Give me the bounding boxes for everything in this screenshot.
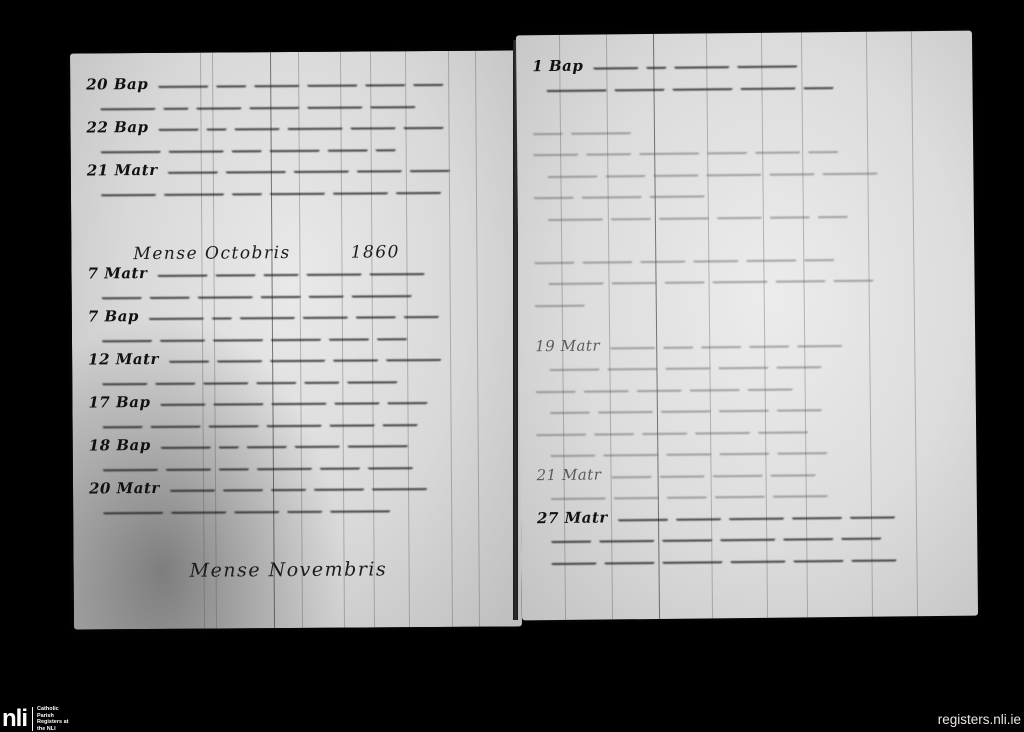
register-entry-line bbox=[87, 137, 509, 161]
illegible-handwriting bbox=[720, 535, 775, 542]
month-heading-october: Mense Octobris1860 bbox=[87, 222, 509, 265]
illegible-handwriting bbox=[719, 406, 769, 413]
illegible-handwriting bbox=[270, 145, 320, 151]
illegible-handwriting bbox=[593, 63, 638, 69]
illegible-handwriting bbox=[304, 377, 339, 383]
illegible-handwriting bbox=[729, 513, 784, 520]
illegible-handwriting bbox=[833, 276, 873, 282]
illegible-handwriting bbox=[797, 341, 842, 347]
illegible-handwriting bbox=[209, 421, 259, 427]
year-label: 1860 bbox=[351, 242, 400, 262]
illegible-handwriting bbox=[223, 485, 263, 491]
illegible-handwriting bbox=[333, 188, 388, 194]
illegible-handwriting bbox=[611, 214, 651, 220]
illegible-handwriting bbox=[614, 493, 659, 499]
illegible-handwriting bbox=[749, 341, 789, 347]
illegible-handwriting bbox=[549, 365, 599, 372]
illegible-handwriting bbox=[206, 124, 226, 130]
illegible-handwriting bbox=[740, 83, 795, 90]
entry-date-and-type: 21 Matr bbox=[536, 465, 601, 484]
illegible-handwriting bbox=[196, 103, 241, 109]
illegible-handwriting bbox=[755, 147, 800, 153]
illegible-handwriting bbox=[295, 442, 340, 448]
illegible-handwriting bbox=[386, 355, 441, 361]
illegible-handwriting bbox=[368, 463, 413, 469]
illegible-handwriting bbox=[551, 537, 591, 543]
illegible-handwriting bbox=[328, 145, 368, 151]
illegible-handwriting bbox=[294, 167, 349, 173]
illegible-handwriting bbox=[551, 493, 606, 500]
register-entry-line: 7 Bap bbox=[88, 305, 510, 329]
illegible-handwriting bbox=[267, 420, 322, 426]
illegible-handwriting bbox=[158, 125, 198, 131]
illegible-handwriting bbox=[101, 146, 161, 152]
illegible-handwriting bbox=[102, 379, 147, 385]
entry-date-and-type: 20 Matr bbox=[89, 479, 160, 497]
illegible-handwriting bbox=[352, 291, 412, 297]
illegible-handwriting bbox=[158, 82, 208, 88]
illegible-handwriting bbox=[151, 421, 201, 427]
illegible-handwriting bbox=[100, 103, 155, 109]
entry-date-and-type: 21 Matr bbox=[87, 161, 158, 179]
registers-url-link[interactable]: registers.nli.ie bbox=[938, 712, 1021, 727]
illegible-handwriting bbox=[370, 102, 415, 108]
illegible-handwriting bbox=[549, 279, 604, 286]
illegible-handwriting bbox=[365, 80, 405, 86]
illegible-handwriting bbox=[646, 63, 666, 69]
illegible-handwriting bbox=[103, 507, 163, 513]
illegible-handwriting bbox=[773, 491, 828, 498]
illegible-handwriting bbox=[818, 211, 848, 217]
illegible-handwriting bbox=[604, 557, 654, 564]
illegible-handwriting bbox=[758, 427, 808, 434]
illegible-handwriting bbox=[287, 506, 322, 512]
illegible-handwriting bbox=[270, 356, 325, 362]
illegible-handwriting bbox=[170, 486, 215, 492]
illegible-handwriting bbox=[662, 535, 712, 542]
illegible-handwriting bbox=[334, 398, 379, 404]
illegible-handwriting bbox=[155, 378, 195, 384]
left-page-entries: 20 Bap22 Bap21 MatrMense Octobris18607 M… bbox=[70, 50, 522, 629]
illegible-handwriting bbox=[348, 441, 408, 447]
illegible-handwriting bbox=[164, 189, 224, 195]
illegible-handwriting bbox=[571, 128, 631, 135]
illegible-handwriting bbox=[347, 377, 397, 383]
illegible-handwriting bbox=[160, 400, 205, 406]
illegible-handwriting bbox=[271, 485, 306, 491]
illegible-handwriting bbox=[551, 558, 596, 564]
illegible-handwriting bbox=[547, 171, 597, 178]
illegible-handwriting bbox=[610, 342, 655, 348]
illegible-handwriting bbox=[663, 342, 693, 348]
illegible-handwriting bbox=[822, 168, 877, 175]
entry-date-and-type: 27 Matr bbox=[537, 508, 608, 527]
illegible-handwriting bbox=[640, 256, 685, 262]
illegible-handwriting bbox=[149, 314, 204, 320]
register-entry-line bbox=[537, 547, 967, 573]
entry-date-and-type: 12 Matr bbox=[88, 350, 159, 368]
illegible-handwriting bbox=[748, 384, 793, 390]
illegible-handwriting bbox=[546, 85, 606, 92]
illegible-handwriting bbox=[333, 355, 378, 361]
register-entry-line: 17 Bap bbox=[88, 391, 510, 415]
illegible-handwriting bbox=[582, 192, 642, 199]
illegible-handwriting bbox=[168, 168, 218, 174]
illegible-handwriting bbox=[594, 429, 634, 435]
nli-logo-text: Catholic Parish Registers at the NLI bbox=[37, 706, 71, 732]
register-image-viewer: 20 Bap22 Bap21 MatrMense Octobris18607 M… bbox=[0, 0, 1024, 732]
month-heading-november: Mense Novembris bbox=[89, 520, 511, 583]
entry-date-and-type: 7 Bap bbox=[88, 307, 139, 325]
illegible-handwriting bbox=[171, 507, 226, 513]
illegible-handwriting bbox=[611, 472, 651, 478]
register-entry-line: 20 Bap bbox=[86, 73, 508, 97]
illegible-handwriting bbox=[306, 270, 361, 276]
illegible-handwriting bbox=[103, 464, 158, 470]
illegible-handwriting bbox=[232, 189, 262, 195]
entry-date-and-type: 22 Bap bbox=[86, 118, 148, 136]
illegible-handwriting bbox=[672, 84, 732, 91]
illegible-handwriting bbox=[550, 451, 595, 457]
illegible-handwriting bbox=[777, 405, 822, 411]
illegible-handwriting bbox=[350, 123, 395, 129]
illegible-handwriting bbox=[775, 276, 825, 283]
illegible-handwriting bbox=[256, 377, 296, 383]
illegible-handwriting bbox=[234, 507, 279, 513]
register-entry-line: 12 Matr bbox=[88, 348, 510, 372]
illegible-handwriting bbox=[783, 534, 833, 541]
illegible-handwriting bbox=[357, 166, 402, 172]
illegible-handwriting bbox=[536, 386, 576, 392]
illegible-handwriting bbox=[662, 557, 722, 564]
entry-date-and-type: 7 Matr bbox=[87, 264, 147, 282]
entry-date-and-type: 18 Bap bbox=[89, 436, 151, 454]
illegible-handwriting bbox=[695, 427, 750, 434]
register-entry-line bbox=[88, 369, 510, 393]
illegible-handwriting bbox=[404, 312, 439, 318]
illegible-handwriting bbox=[307, 81, 357, 87]
illegible-handwriting bbox=[737, 61, 797, 68]
illegible-handwriting bbox=[650, 191, 705, 198]
entry-date-and-type: 1 Bap bbox=[532, 57, 583, 76]
illegible-handwriting bbox=[605, 171, 645, 177]
illegible-handwriting bbox=[712, 470, 762, 477]
register-page-right: 1 Bap19 Matr21 Matr27 Matr bbox=[516, 31, 978, 621]
illegible-handwriting bbox=[219, 464, 249, 470]
illegible-handwriting bbox=[533, 150, 578, 156]
register-entry-line: 22 Bap bbox=[86, 116, 508, 140]
entry-date-and-type: 19 Matr bbox=[535, 336, 600, 355]
register-entry-line bbox=[87, 180, 509, 204]
illegible-handwriting bbox=[770, 212, 810, 218]
illegible-handwriting bbox=[372, 484, 427, 490]
illegible-handwriting bbox=[101, 189, 156, 195]
register-entry-line bbox=[89, 455, 511, 479]
illegible-handwriting bbox=[169, 357, 209, 363]
illegible-handwriting bbox=[850, 512, 895, 518]
register-entry-line bbox=[88, 326, 510, 350]
illegible-handwriting bbox=[793, 556, 843, 563]
illegible-handwriting bbox=[706, 169, 761, 176]
illegible-handwriting bbox=[611, 278, 656, 284]
illegible-handwriting bbox=[808, 147, 838, 153]
illegible-handwriting bbox=[841, 534, 881, 540]
illegible-handwriting bbox=[639, 148, 699, 155]
illegible-handwriting bbox=[303, 313, 348, 319]
illegible-handwriting bbox=[701, 342, 741, 348]
illegible-handwriting bbox=[637, 385, 682, 391]
illegible-handwriting bbox=[586, 149, 631, 155]
illegible-handwriting bbox=[770, 470, 815, 476]
illegible-handwriting bbox=[219, 442, 239, 448]
illegible-handwriting bbox=[161, 443, 211, 449]
illegible-handwriting bbox=[234, 124, 279, 130]
illegible-handwriting bbox=[851, 555, 896, 561]
illegible-handwriting bbox=[693, 256, 738, 262]
illegible-handwriting bbox=[413, 80, 443, 86]
illegible-handwriting bbox=[254, 81, 299, 87]
illegible-handwriting bbox=[330, 506, 390, 512]
illegible-handwriting bbox=[676, 514, 721, 520]
illegible-handwriting bbox=[102, 293, 142, 299]
illegible-handwriting bbox=[582, 257, 632, 264]
illegible-handwriting bbox=[212, 313, 232, 319]
illegible-handwriting bbox=[271, 399, 326, 405]
illegible-handwriting bbox=[226, 167, 286, 173]
register-entry-line bbox=[88, 283, 510, 307]
illegible-handwriting bbox=[707, 148, 747, 154]
illegible-handwriting bbox=[719, 449, 769, 456]
illegible-handwriting bbox=[215, 270, 255, 276]
illegible-handwriting bbox=[777, 448, 827, 455]
illegible-handwriting bbox=[661, 406, 711, 413]
illegible-handwriting bbox=[213, 399, 263, 405]
illegible-handwriting bbox=[536, 429, 586, 436]
entry-date-and-type: 17 Bap bbox=[88, 393, 150, 411]
illegible-handwriting bbox=[718, 363, 768, 370]
register-entry-line: 20 Matr bbox=[89, 477, 511, 501]
nli-logo[interactable]: nli Catholic Parish Registers at the NLI bbox=[2, 706, 71, 732]
illegible-handwriting bbox=[314, 485, 364, 491]
illegible-handwriting bbox=[257, 463, 312, 469]
illegible-handwriting bbox=[157, 271, 207, 277]
illegible-handwriting bbox=[674, 62, 729, 69]
illegible-handwriting bbox=[198, 292, 253, 298]
register-entry-line bbox=[86, 94, 508, 118]
illegible-handwriting bbox=[309, 291, 344, 297]
illegible-handwriting bbox=[535, 300, 585, 307]
register-entry-line: 21 Matr bbox=[87, 159, 509, 183]
illegible-handwriting bbox=[213, 335, 263, 341]
illegible-handwriting bbox=[534, 257, 574, 263]
illegible-handwriting bbox=[103, 422, 143, 428]
illegible-handwriting bbox=[376, 145, 396, 151]
register-entry-line bbox=[89, 412, 511, 436]
illegible-handwriting bbox=[387, 398, 427, 404]
register-entry-line: 18 Bap bbox=[89, 434, 511, 458]
illegible-handwriting bbox=[715, 492, 765, 499]
illegible-handwriting bbox=[369, 269, 424, 275]
illegible-handwriting bbox=[232, 146, 262, 152]
right-page-entries: 1 Bap19 Matr21 Matr27 Matr bbox=[516, 31, 978, 621]
illegible-handwriting bbox=[203, 378, 248, 384]
illegible-handwriting bbox=[584, 386, 629, 392]
illegible-handwriting bbox=[642, 428, 687, 434]
illegible-handwriting bbox=[792, 513, 842, 520]
illegible-handwriting bbox=[247, 442, 287, 448]
illegible-handwriting bbox=[263, 270, 298, 276]
illegible-handwriting bbox=[533, 128, 563, 134]
entry-date-and-type: 20 Bap bbox=[86, 75, 148, 93]
nli-logo-mark: nli bbox=[2, 707, 33, 731]
illegible-handwriting bbox=[804, 255, 834, 261]
illegible-handwriting bbox=[330, 420, 375, 426]
illegible-handwriting bbox=[102, 336, 152, 342]
illegible-handwriting bbox=[240, 313, 295, 319]
illegible-handwriting bbox=[690, 385, 740, 392]
illegible-handwriting bbox=[150, 292, 190, 298]
illegible-handwriting bbox=[410, 166, 450, 172]
illegible-handwriting bbox=[287, 124, 342, 130]
illegible-handwriting bbox=[320, 463, 360, 469]
illegible-handwriting bbox=[614, 84, 664, 91]
illegible-handwriting bbox=[307, 102, 362, 108]
illegible-handwriting bbox=[665, 363, 710, 369]
illegible-handwriting bbox=[163, 103, 188, 109]
register-entry-line bbox=[89, 498, 511, 522]
illegible-handwriting bbox=[160, 335, 205, 341]
illegible-handwriting bbox=[383, 420, 418, 426]
illegible-handwriting bbox=[271, 334, 321, 340]
illegible-handwriting bbox=[217, 356, 262, 362]
illegible-handwriting bbox=[599, 536, 654, 543]
illegible-handwriting bbox=[653, 170, 698, 176]
illegible-handwriting bbox=[776, 362, 821, 368]
illegible-handwriting bbox=[356, 312, 396, 318]
illegible-handwriting bbox=[548, 214, 603, 221]
illegible-handwriting bbox=[618, 514, 668, 521]
register-page-left: 20 Bap22 Bap21 MatrMense Octobris18607 M… bbox=[70, 50, 522, 629]
illegible-handwriting bbox=[603, 450, 658, 457]
illegible-handwriting bbox=[169, 146, 224, 152]
illegible-handwriting bbox=[730, 556, 785, 563]
illegible-handwriting bbox=[261, 291, 301, 297]
illegible-handwriting bbox=[607, 364, 657, 371]
illegible-handwriting bbox=[664, 277, 704, 283]
illegible-handwriting bbox=[717, 212, 762, 218]
illegible-handwriting bbox=[396, 187, 441, 193]
illegible-handwriting bbox=[746, 255, 796, 262]
illegible-handwriting bbox=[659, 213, 709, 220]
illegible-handwriting bbox=[377, 334, 407, 340]
illegible-handwriting bbox=[598, 407, 653, 414]
month-label: Mense Octobris bbox=[133, 243, 290, 264]
illegible-handwriting bbox=[166, 464, 211, 470]
illegible-handwriting bbox=[329, 334, 369, 340]
register-entry-line: 7 Matr bbox=[87, 262, 509, 286]
illegible-handwriting bbox=[659, 471, 704, 477]
illegible-handwriting bbox=[249, 102, 299, 108]
illegible-handwriting bbox=[550, 408, 590, 414]
illegible-handwriting bbox=[667, 492, 707, 498]
illegible-handwriting bbox=[666, 449, 711, 455]
illegible-handwriting bbox=[216, 81, 246, 87]
illegible-handwriting bbox=[270, 188, 325, 194]
illegible-handwriting bbox=[769, 169, 814, 175]
illegible-handwriting bbox=[403, 123, 443, 129]
illegible-handwriting bbox=[712, 277, 767, 284]
illegible-handwriting bbox=[803, 83, 833, 89]
illegible-handwriting bbox=[534, 193, 574, 199]
